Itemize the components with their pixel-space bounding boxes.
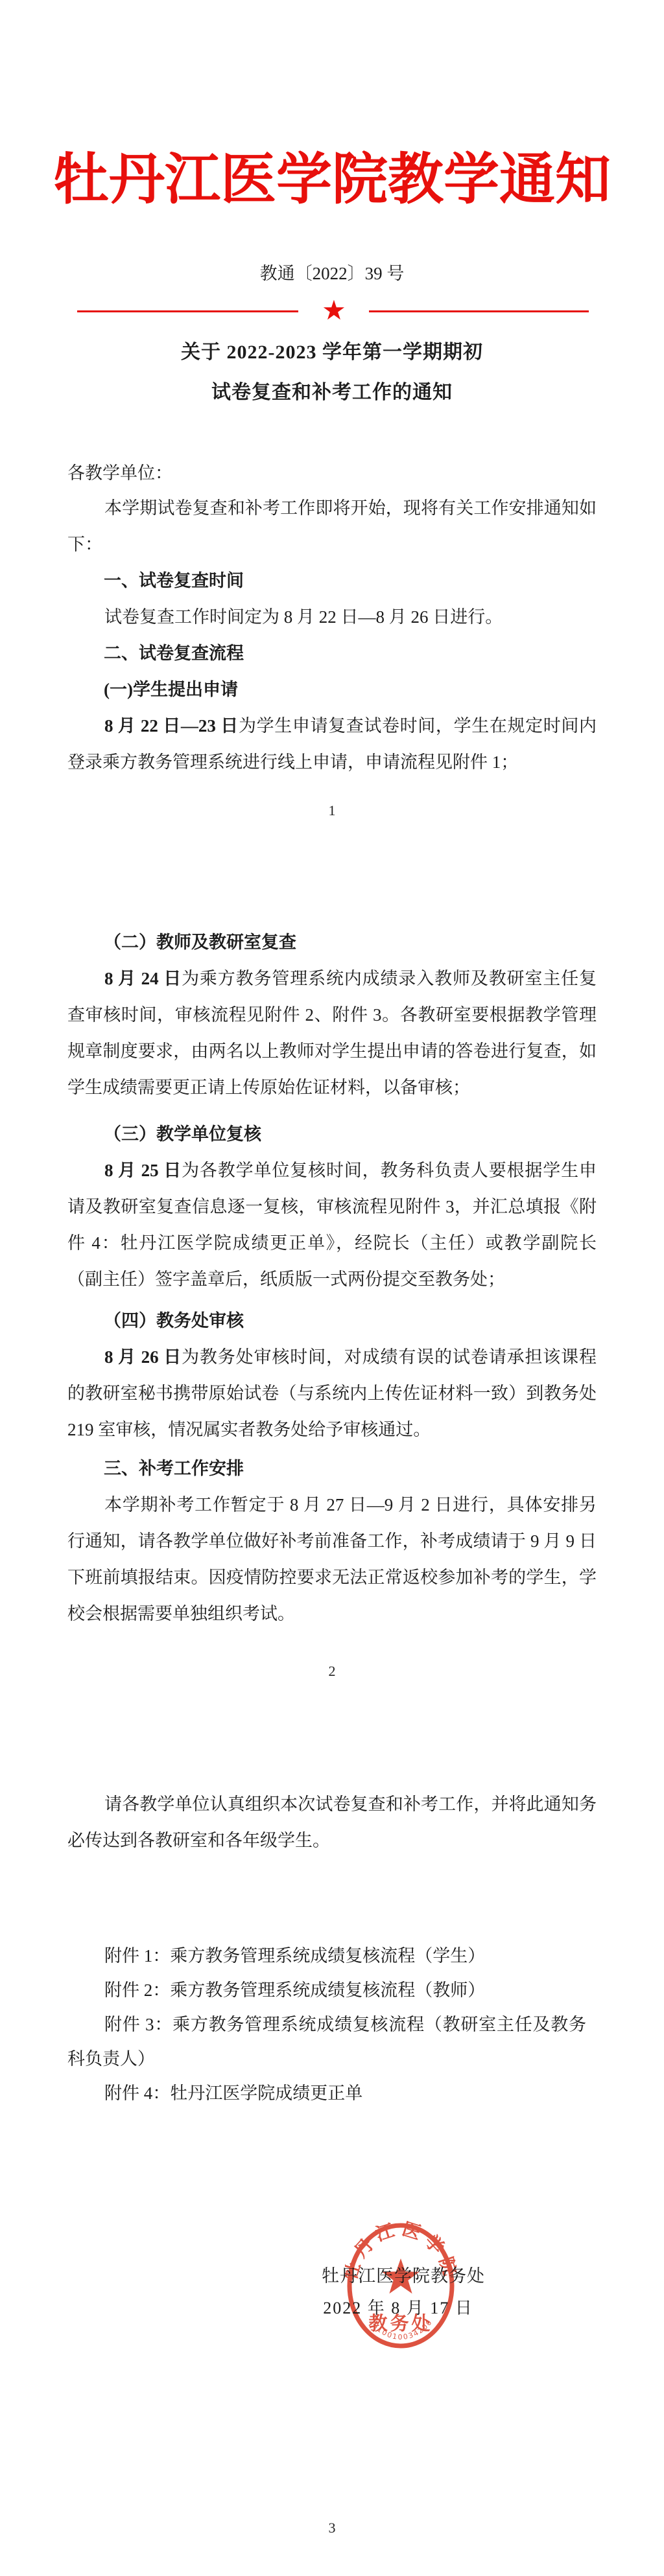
closing-paragraph: 请各教学单位认真组织本次试卷复查和补考工作，并将此通知务必传达到各教研室和各年级… — [67, 1786, 597, 1859]
doc-number: 教通〔2022〕39 号 — [0, 261, 664, 286]
intro-paragraph: 本学期试卷复查和补考工作即将开始，现将有关工作安排通知如下： — [67, 490, 597, 563]
makeup-exam-paragraph: 本学期补考工作暂定于 8 月 27 日—9 月 2 日进行，具体安排另行通知，请… — [67, 1487, 597, 1632]
section-heading-3: 三、补考工作安排 — [104, 1450, 244, 1487]
page-number-3: 3 — [0, 2518, 664, 2538]
star-icon: ★ — [319, 296, 349, 327]
date-bold: 8 月 26 日 — [104, 1347, 182, 1367]
attachment-item-3: 附件 3：乘方教务管理系统成绩复核流程（教研室主任及教务科负责人） — [67, 2008, 586, 2076]
attachment-list: 附件 1：乘方教务管理系统成绩复核流程（学生） 附件 2：乘方教务管理系统成绩复… — [67, 1939, 586, 2111]
signature-date: 2022 年 8 月 17 日 — [268, 2295, 528, 2321]
masthead-rule-left — [77, 310, 298, 312]
attachment-item-4: 附件 4：牡丹江医学院成绩更正单 — [67, 2076, 586, 2111]
notice-title-line1: 关于 2022-2023 学年第一学期期初 — [0, 338, 664, 367]
review-time-paragraph: 试卷复查工作时间定为 8 月 22 日—8 月 26 日进行。 — [67, 599, 597, 635]
section-heading-1: 一、试卷复查时间 — [104, 563, 244, 599]
date-range-bold: 8 月 22 日—23 日 — [104, 716, 239, 736]
subsection-heading-2: （二）教师及教研室复查 — [104, 924, 296, 960]
date-bold: 8 月 24 日 — [104, 969, 182, 988]
attachment-item-1: 附件 1：乘方教务管理系统成绩复核流程（学生） — [67, 1939, 586, 1973]
notice-title-line2: 试卷复查和补考工作的通知 — [0, 378, 664, 407]
signature-org: 牡丹江医学院教务处 — [274, 2263, 533, 2289]
subsection-1-paragraph: 8 月 22 日—23 日为学生申请复查试卷时间，学生在规定时间内登录乘方教务管… — [67, 708, 597, 780]
subsection-3-paragraph: 8 月 25 日为各教学单位复核时间，教务科负责人要根据学生申请及教研室复查信息… — [67, 1152, 597, 1297]
section-heading-2: 二、试卷复查流程 — [104, 635, 244, 671]
subsection-4-paragraph: 8 月 26 日为教务处审核时间，对成绩有误的试卷请承担该课程的教研室秘书携带原… — [67, 1339, 597, 1448]
subsection-heading-4: （四）教务处审核 — [104, 1303, 244, 1339]
page-number-1: 1 — [0, 801, 664, 820]
notice-document: 牡丹江医学院教学通知 教通〔2022〕39 号 ★ 关于 2022-2023 学… — [0, 0, 664, 2576]
masthead-rule-right — [369, 310, 589, 312]
salutation: 各教学单位： — [67, 455, 172, 491]
page-number-2: 2 — [0, 1662, 664, 1681]
date-bold: 8 月 25 日 — [104, 1161, 182, 1180]
subsection-2-paragraph: 8 月 24 日为乘方教务管理系统内成绩录入教师及教研室主任复查审核时间，审核流… — [67, 960, 597, 1106]
attachment-item-2: 附件 2：乘方教务管理系统成绩复核流程（教师） — [67, 1973, 586, 2008]
subsection-heading-3: （三）教学单位复核 — [104, 1116, 261, 1152]
subsection-heading-1: (一)学生提出申请 — [104, 671, 238, 708]
document-masthead-title: 牡丹江医学院教学通知 — [0, 144, 664, 215]
